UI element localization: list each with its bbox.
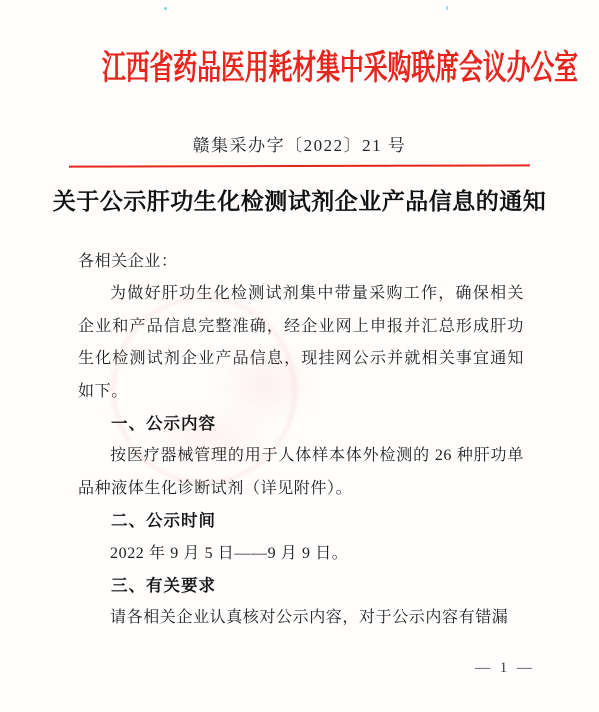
section-body-3: 请各相关企业认真核对公示内容，对于公示内容有错漏 <box>78 602 524 634</box>
intro-paragraph: 为做好肝功生化检测试剂集中带量采购工作，确保相关企业和产品信息完整准确，经企业网… <box>78 278 524 408</box>
section-heading-1: 一、公示内容 <box>78 408 524 440</box>
scan-speck <box>164 7 167 10</box>
notice-body: 各相关企业： 为做好肝功生化检测试剂集中带量采购工作，确保相关企业和产品信息完整… <box>78 246 524 635</box>
section-heading-2: 二、公示时间 <box>78 505 524 537</box>
section-heading-3: 三、有关要求 <box>78 570 524 602</box>
page-number: — 1 — <box>475 660 535 677</box>
issuer-title: 江西省药品医用耗材集中采购联席会议办公室 <box>102 40 578 89</box>
red-divider-rule <box>69 164 530 167</box>
scan-speck <box>446 6 448 10</box>
notice-title: 关于公示肝功生化检测试剂企业产品信息的通知 <box>0 183 599 216</box>
section-body-2: 2022 年 9 月 5 日——9 月 9 日。 <box>78 538 524 570</box>
salutation: 各相关企业： <box>78 246 524 278</box>
doc-number: 赣集采办字〔2022〕21 号 <box>0 131 599 156</box>
document-page: 江西省药品医用耗材集中采购联席会议办公室 赣集采办字〔2022〕21 号 关于公… <box>0 0 599 712</box>
letterhead: 江西省药品医用耗材集中采购联席会议办公室 <box>0 40 599 89</box>
section-body-1: 按医疗器械管理的用于人体样本体外检测的 26 种肝功单品种液体生化诊断试剂（详见… <box>78 440 524 505</box>
